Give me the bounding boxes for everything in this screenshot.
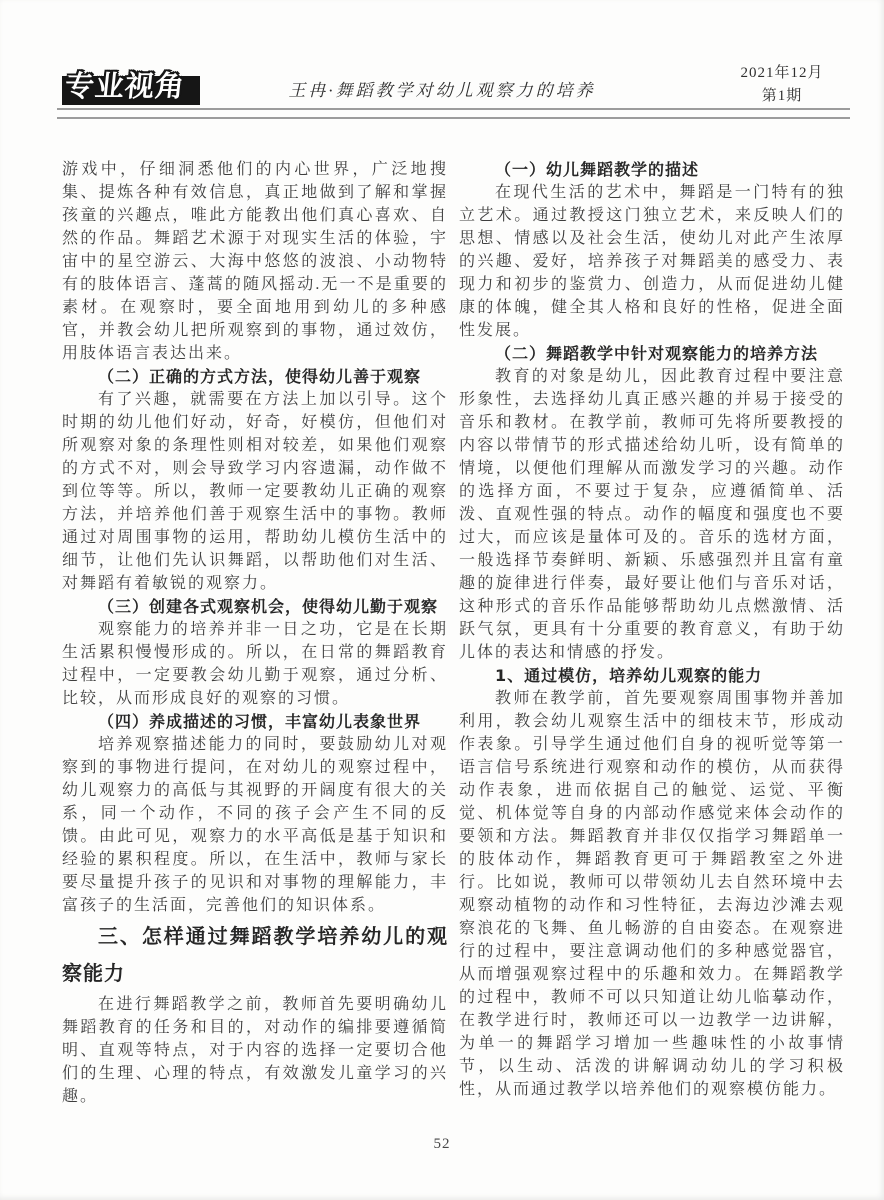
left-column: 游戏中，仔细洞悉他们的内心世界，广泛地搜集、提炼各种有效信息，真正地做到了解和掌… — [62, 158, 448, 1108]
subsection-heading-2: （二）正确的方式方法，使得幼儿善于观察 — [62, 365, 448, 388]
page-number: 52 — [0, 1136, 884, 1153]
paragraph: 有了兴趣，就需要在方法上加以引导。这个时期的幼儿他们好动，好奇，好模仿，但他们对… — [62, 388, 448, 595]
paragraph: 在现代生活的艺术中，舞蹈是一门特有的独立艺术。通过教授这门独立艺术，来反映人们的… — [459, 181, 845, 342]
subsection-heading-2b: （二）舞蹈教学中针对观察能力的培养方法 — [459, 342, 845, 365]
issue-info: 2021年12月 第1期 — [722, 62, 842, 108]
subsection-heading-1: （一）幼儿舞蹈教学的描述 — [459, 158, 845, 181]
issue-number: 第1期 — [722, 85, 842, 108]
section-heading-3: 三、怎样通过舞蹈教学培养幼儿的观察能力 — [62, 918, 448, 992]
subsection-heading-4: （四）养成描述的习惯，丰富幼儿表象世界 — [62, 710, 448, 733]
header-divider — [57, 108, 850, 119]
paragraph: 培养观察描述能力的同时，要鼓励幼儿对观察到的事物进行提问，在对幼儿的观察过程中，… — [62, 733, 448, 917]
paragraph: 教师在教学前，首先要观察周围事物并善加利用，教会幼儿观察生活中的细枝末节，形成动… — [459, 687, 845, 1101]
journal-page: 专业视角 王冉·舞蹈教学对幼儿观察力的培养 2021年12月 第1期 游戏中，仔… — [0, 0, 884, 1200]
right-column: （一）幼儿舞蹈教学的描述 在现代生活的艺术中，舞蹈是一门特有的独立艺术。通过教授… — [459, 158, 845, 1108]
paragraph: 在进行舞蹈教学之前，教师首先要明确幼儿舞蹈教育的任务和目的，对动作的编排要遵循简… — [62, 993, 448, 1108]
paragraph-continued: 游戏中，仔细洞悉他们的内心世界，广泛地搜集、提炼各种有效信息，真正地做到了解和掌… — [62, 158, 448, 365]
paragraph: 教育的对象是幼儿，因此教育过程中要注意形象性，去选择幼儿真正感兴趣的并易于接受的… — [459, 365, 845, 664]
numbered-subheading-1: 1、通过模仿，培养幼儿观察的能力 — [459, 664, 845, 687]
paragraph: 观察能力的培养并非一日之功，它是在长期生活累积慢慢形成的。所以，在日常的舞蹈教育… — [62, 618, 448, 710]
article-body: 游戏中，仔细洞悉他们的内心世界，广泛地搜集、提炼各种有效信息，真正地做到了解和掌… — [62, 158, 845, 1108]
subsection-heading-3: （三）创建各式观察机会，使得幼儿勤于观察 — [62, 595, 448, 618]
issue-date: 2021年12月 — [722, 62, 842, 85]
